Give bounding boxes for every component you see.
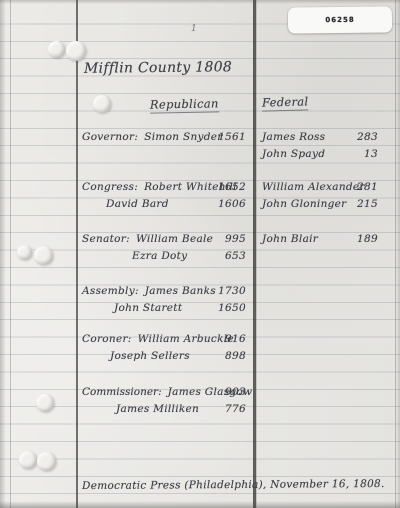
vote-count: 653	[198, 250, 246, 262]
vote-count: 1652	[198, 181, 246, 193]
vote-count: 995	[198, 233, 246, 245]
vote-count: 1606	[198, 198, 246, 210]
column-header-republican: Republican	[150, 96, 219, 113]
table-row: Congress:Robert Whitehill 1652 William A…	[82, 181, 380, 196]
right-page-edge-line	[395, 0, 396, 508]
punch-hole	[48, 41, 65, 58]
vote-count: 776	[198, 403, 246, 415]
vote-count: 916	[198, 333, 246, 345]
candidate-name: James Ross	[262, 131, 325, 143]
table-row: John Spayd 13	[82, 148, 380, 163]
vote-count: 1730	[198, 285, 246, 297]
punch-hole	[34, 246, 53, 265]
office-label: Congress:	[82, 181, 138, 193]
vote-count: 898	[198, 350, 246, 362]
catalog-number: 06258	[325, 16, 354, 24]
candidate-name: John Blair	[262, 233, 318, 245]
candidate-name: Joseph Sellers	[110, 350, 190, 362]
punch-hole	[17, 245, 32, 260]
source-citation: Democratic Press (Philadelphia), Novembe…	[82, 478, 385, 492]
vote-count: 1650	[198, 302, 246, 314]
punch-hole	[36, 394, 54, 412]
column-header-federal: Federal	[262, 94, 309, 111]
vote-count: 189	[332, 233, 378, 245]
table-row: David Bard 1606 John Gloninger 215	[82, 198, 380, 213]
office-label: Coroner:	[82, 333, 132, 345]
vote-count: 215	[332, 198, 378, 210]
candidate-name: David Bard	[106, 198, 169, 210]
candidate-name: John Starett	[114, 302, 182, 314]
vote-count: 1561	[198, 131, 246, 143]
page-mark: 1	[191, 24, 197, 34]
vote-count: 281	[332, 181, 378, 193]
candidate-name: James Milliken	[116, 403, 199, 415]
catalog-label: 06258	[288, 6, 392, 33]
scanned-ledger-page: 06258 1 Mifflin County 1808 Republican F…	[0, 0, 400, 508]
table-row: Ezra Doty 653	[82, 250, 380, 265]
table-row: Governor:Simon Snyder 1561 James Ross 28…	[82, 131, 380, 146]
office-label: Commissioner:	[82, 386, 162, 398]
office-label: Assembly:	[82, 285, 139, 297]
punch-hole	[19, 451, 37, 469]
table-row: Commissioner:James Glasgow 903	[82, 386, 380, 401]
punch-hole	[66, 41, 86, 61]
candidate-name: Ezra Doty	[132, 250, 187, 262]
table-row: Coroner:William Arbuckle 916	[82, 333, 380, 348]
office-label: Senator:	[82, 233, 130, 245]
vote-count: 903	[198, 386, 246, 398]
candidate-name: John Spayd	[262, 148, 325, 160]
vote-count: 13	[332, 148, 378, 160]
page-title: Mifflin County 1808	[84, 59, 232, 77]
left-page-edge-line	[10, 0, 11, 508]
vote-count: 283	[332, 131, 378, 143]
table-row: Joseph Sellers 898	[82, 350, 380, 365]
margin-rule-line	[76, 0, 78, 508]
table-row: John Starett 1650	[82, 302, 380, 317]
punch-hole	[93, 95, 111, 113]
office-label: Governor:	[82, 131, 138, 143]
punch-hole	[37, 452, 56, 471]
table-row: James Milliken 776	[82, 403, 380, 418]
table-row: Senator:William Beale 995 John Blair 189	[82, 233, 380, 248]
table-row: Assembly:James Banks 1730	[82, 285, 380, 300]
